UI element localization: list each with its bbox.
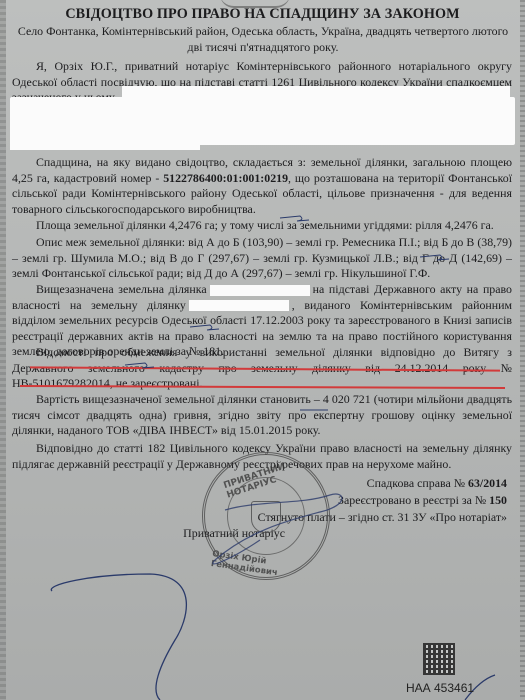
signature-strokes bbox=[0, 0, 525, 700]
serial-number: НАА 453461 bbox=[406, 681, 474, 695]
qr-code-icon bbox=[423, 643, 455, 675]
certificate-page: СВІДОЦТВО ПРО ПРАВО НА СПАДЩИНУ ЗА ЗАКОН… bbox=[0, 0, 525, 700]
